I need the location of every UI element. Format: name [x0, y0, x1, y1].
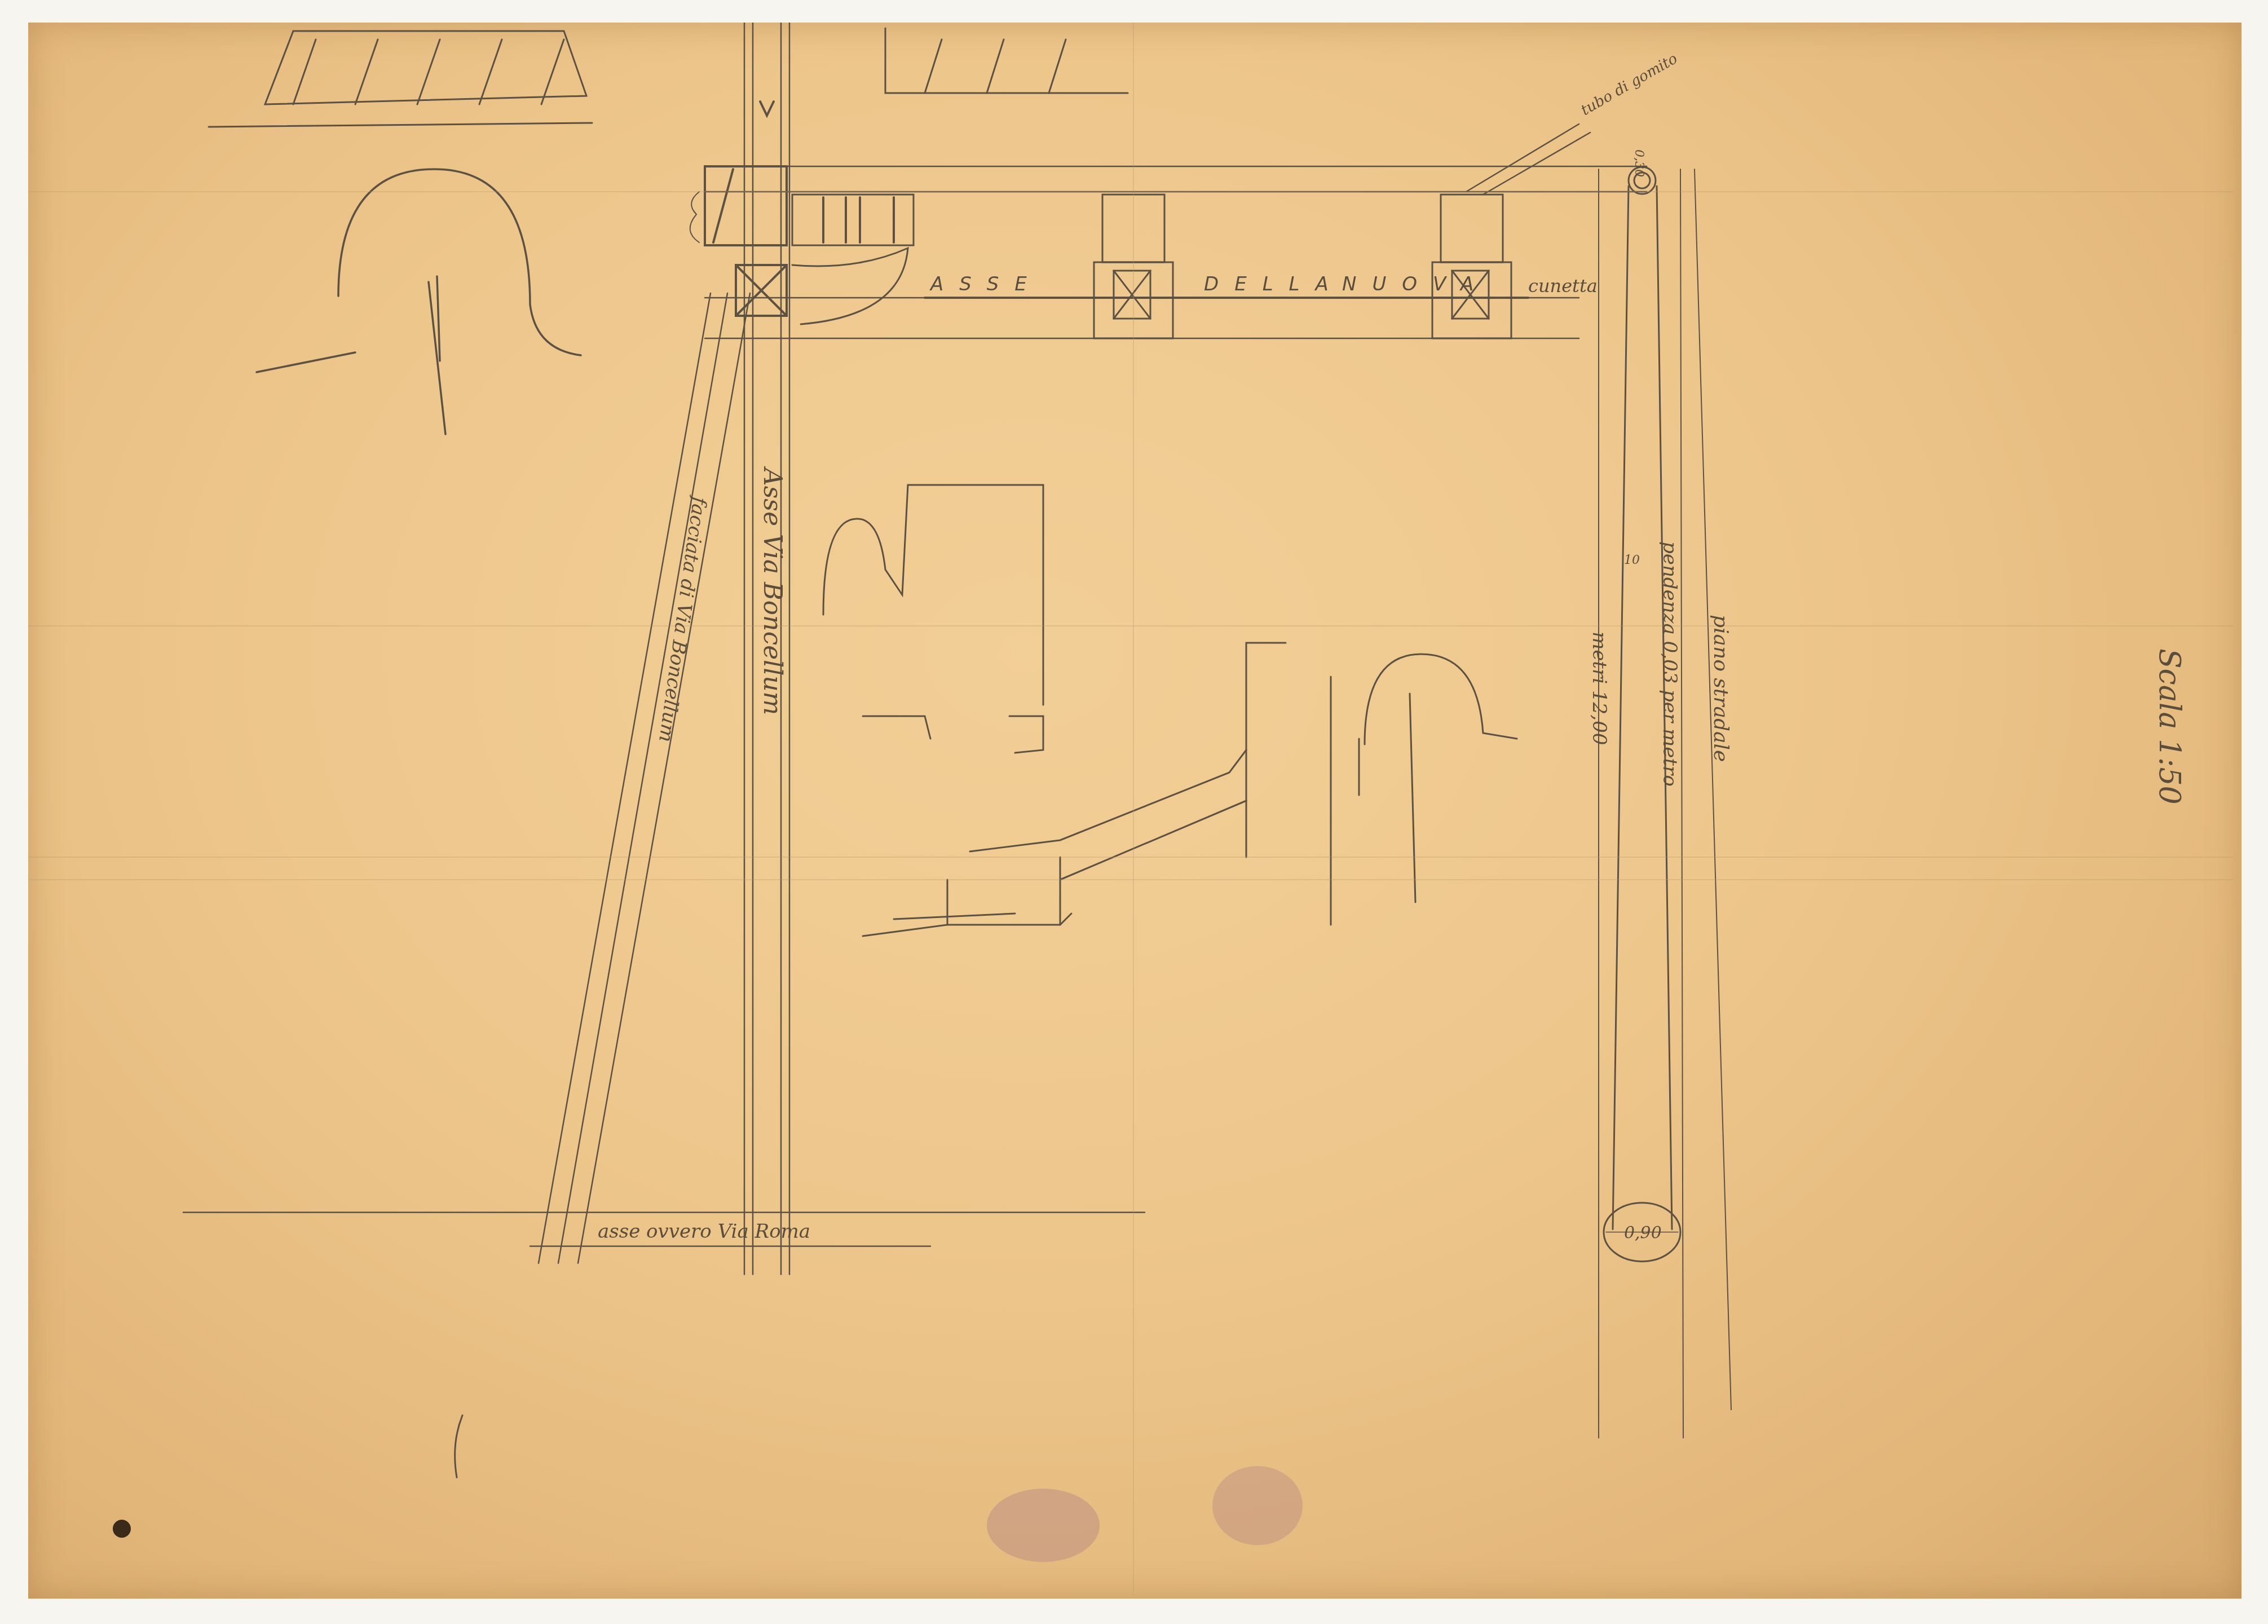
label-nuova: NUOVA: [1342, 273, 1489, 295]
paper-sheet: ASSE DELLA NUOVA cunetta Asse Via Boncel…: [28, 23, 2241, 1599]
arch-sketch-left: [257, 169, 581, 434]
hatched-block-top-left: [209, 31, 592, 127]
arrow-down-icon: [760, 101, 774, 116]
pier-right: [1432, 195, 1511, 338]
label-facade: facciata di Via Boncellum: [654, 494, 711, 744]
label-cunetta: cunetta: [1528, 275, 1598, 297]
label-diagonal-note: tubo di gomito: [1578, 50, 1681, 119]
pipe-profile: [1599, 167, 1731, 1438]
label-top-circle: 0,30: [1632, 149, 1646, 177]
label-street-axis: Asse Via Boncellum: [758, 466, 787, 715]
pencil-drawing: ASSE DELLA NUOVA cunetta Asse Via Boncel…: [28, 23, 2241, 1599]
label-della: DELLA: [1204, 273, 1344, 295]
annotation-channel-axis: ASSE DELLA NUOVA cunetta: [929, 273, 1598, 297]
corner-pier: [690, 166, 914, 324]
street-lines-vertical: [539, 23, 789, 1274]
label-asse: ASSE: [929, 273, 1043, 295]
label-pipe-diameter: 0,90: [1624, 1223, 1662, 1243]
label-bottom-axis: asse ovvero Via Roma: [598, 1220, 810, 1243]
hatched-block-top-center: [885, 28, 1128, 93]
label-mark-10: 10: [1624, 553, 1640, 567]
label-scale: Scala 1:50: [2152, 648, 2186, 805]
stray-mark: [455, 1415, 462, 1477]
arch-sketch-middle: [823, 485, 1517, 936]
faint-grid: [28, 23, 2233, 1596]
label-slope: pendenza 0,03 per metro: [1658, 541, 1681, 787]
label-road-level: piano stradale: [1709, 615, 1732, 762]
label-length: metri 12,00: [1588, 632, 1610, 745]
